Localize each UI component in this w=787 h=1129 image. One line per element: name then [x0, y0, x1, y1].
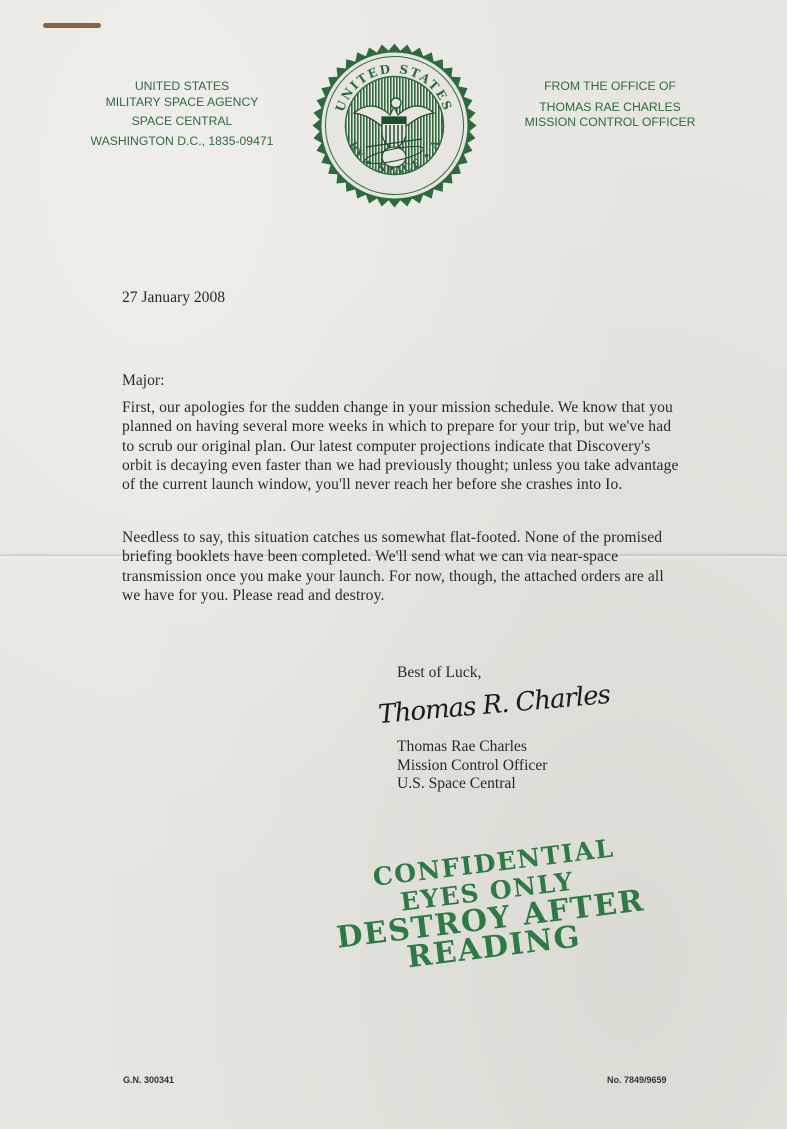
agency-division: SPACE CENTRAL	[82, 114, 282, 130]
office-label: FROM THE OFFICE OF	[505, 79, 715, 95]
letter-date: 27 January 2008	[122, 289, 225, 307]
salutation: Major:	[122, 372, 164, 390]
footer-document-number: No. 7849/9659	[607, 1075, 667, 1085]
letterhead-agency-address: UNITED STATES MILITARY SPACE AGENCY SPAC…	[82, 79, 282, 149]
signer-title: Mission Control Officer	[397, 757, 547, 776]
staple-mark	[43, 23, 101, 28]
body-paragraph: Needless to say, this situation catches …	[122, 528, 682, 605]
letterhead-office: FROM THE OFFICE OF THOMAS RAE CHARLES MI…	[505, 79, 715, 131]
agency-country: UNITED STATES	[82, 79, 282, 95]
agency-seal-icon: UNITED STATES MILITARY • SPACE • AGENCY	[312, 43, 477, 208]
confidential-stamp: CONFIDENTIAL EYES ONLY DESTROY AFTER REA…	[244, 821, 736, 1009]
signer-name: Thomas Rae Charles	[397, 738, 547, 757]
closing: Best of Luck,	[397, 664, 481, 682]
footer-gn-number: G.N. 300341	[123, 1075, 174, 1085]
office-holder-name: THOMAS RAE CHARLES	[505, 100, 715, 116]
office-holder-title: MISSION CONTROL OFFICER	[505, 115, 715, 131]
agency-name: MILITARY SPACE AGENCY	[82, 95, 282, 111]
body-paragraph: First, our apologies for the sudden chan…	[122, 398, 682, 494]
signer-organization: U.S. Space Central	[397, 775, 547, 794]
handwritten-signature: Thomas R. Charles	[377, 680, 611, 730]
signature-block: Thomas Rae Charles Mission Control Offic…	[397, 738, 547, 794]
agency-address: WASHINGTON D.C., 1835-09471	[82, 134, 282, 150]
